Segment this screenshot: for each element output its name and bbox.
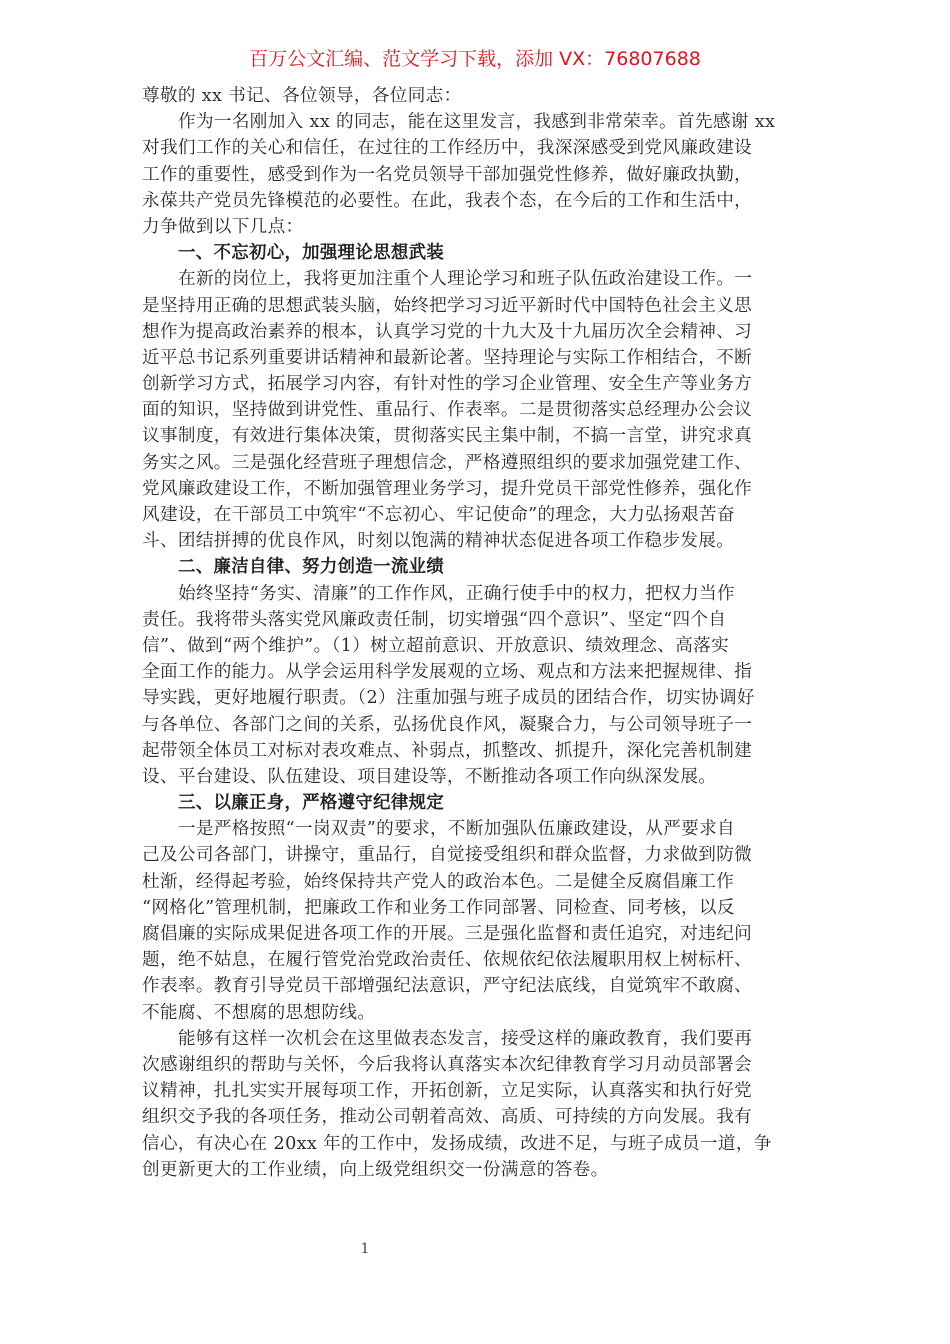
text-line: 创更新更大的工作业绩，向上级党组织交一份满意的答卷。 (142, 1157, 810, 1183)
header-banner: 百万公文汇编、范文学习下载，添加 VX：76807688 (0, 44, 950, 71)
text-line: 风建设，在干部员工中筑牢“不忘初心、牢记使命”的理念，大力弘扬艰苦奋 (142, 502, 810, 528)
text-line: 导实践，更好地履行职责。（2）注重加强与班子成员的团结合作，切实协调好 (142, 685, 810, 711)
section-2: 二、廉洁自律、努力创造一流业绩 始终坚持“务实、清廉”的工作作风，正确行使手中的… (142, 554, 810, 790)
section-heading: 二、廉洁自律、努力创造一流业绩 (142, 554, 810, 580)
text-line: 己及公司各部门，讲操守，重品行，自觉接受组织和群众监督，力求做到防微 (142, 842, 810, 868)
intro-paragraph: 作为一名刚加入 xx 的同志，能在这里发言，我感到非常荣幸。首先感谢 xx 对我… (142, 109, 810, 240)
closing-paragraph: 能够有这样一次机会在这里做表态发言，接受这样的廉政教育，我们要再 次感谢组织的帮… (142, 1026, 810, 1183)
text-line: 题，绝不姑息，在履行管党治党政治责任、依规依纪依法履职用权上树标杆、 (142, 947, 810, 973)
text-line: 斗、团结拼搏的优良作风，时刻以饱满的精神状态促进各项工作稳步发展。 (142, 528, 810, 554)
text-line: 在新的岗位上，我将更加注重个人理论学习和班子队伍政治建设工作。一 (142, 266, 810, 292)
text-line: 信”、做到“两个维护”。（1）树立超前意识、开放意识、绩效理念、高落实 (142, 633, 810, 659)
text-line: 作表率。教育引导党员干部增强纪法意识，严守纪法底线，自觉筑牢不敢腐、 (142, 973, 810, 999)
text-line: 议精神，扎扎实实开展每项工作，开拓创新，立足实际，认真落实和执行好党 (142, 1078, 810, 1104)
text-line: 议事制度，有效进行集体决策，贯彻落实民主集中制，不搞一言堂，讲究求真 (142, 423, 810, 449)
text-line: 次感谢组织的帮助与关怀，今后我将认真落实本次纪律教育学习月动员部署会 (142, 1052, 810, 1078)
text-line: 想作为提高政治素养的根本，认真学习党的十九大及十九届历次全会精神、习 (142, 319, 810, 345)
text-line: 力争做到以下几点： (142, 214, 810, 240)
text-line: 起带领全体员工对标对表攻难点、补弱点，抓整改、抓提升，深化完善机制建 (142, 738, 810, 764)
text-line: 信心，有决心在 20xx 年的工作中，发扬成绩，改进不足，与班子成员一道，争 (142, 1131, 810, 1157)
text-line: 工作的重要性，感受到作为一名党员领导干部加强党性修养，做好廉政执勤， (142, 162, 810, 188)
text-line: 务实之风。三是强化经营班子理想信念，严格遵照组织的要求加强党建工作、 (142, 450, 810, 476)
text-line: 全面工作的能力。从学会运用科学发展观的立场、观点和方法来把握规律、指 (142, 659, 810, 685)
section-heading: 一、不忘初心，加强理论思想武装 (142, 240, 810, 266)
section-1: 一、不忘初心，加强理论思想武装 在新的岗位上，我将更加注重个人理论学习和班子队伍… (142, 240, 810, 554)
text-line: 面的知识，坚持做到讲党性、重品行、作表率。二是贯彻落实总经理办公会议 (142, 397, 810, 423)
section-3: 三、以廉正身，严格遵守纪律规定 一是严格按照“一岗双责”的要求，不断加强队伍廉政… (142, 790, 810, 1026)
text-line: 责任。我将带头落实党风廉政责任制，切实增强“四个意识”、坚定“四个自 (142, 607, 810, 633)
text-line: 与各单位、各部门之间的关系，弘扬优良作风，凝聚合力，与公司领导班子一 (142, 712, 810, 738)
salutation: 尊敬的 xx 书记、各位领导，各位同志： (142, 83, 810, 109)
text-line: 腐倡廉的实际成果促进各项工作的开展。三是强化监督和责任追究，对违纪问 (142, 921, 810, 947)
text-line: 组织交予我的各项任务，推动公司朝着高效、高质、可持续的方向发展。我有 (142, 1104, 810, 1130)
text-line: “网格化”管理机制，把廉政工作和业务工作同部署、同检查、同考核，以反 (142, 895, 810, 921)
text-line: 设、平台建设、队伍建设、项目建设等，不断推动各项工作向纵深发展。 (142, 764, 810, 790)
document-body: 尊敬的 xx 书记、各位领导，各位同志： 作为一名刚加入 xx 的同志，能在这里… (142, 83, 810, 1183)
text-line: 始终坚持“务实、清廉”的工作作风，正确行使手中的权力，把权力当作 (142, 581, 810, 607)
page-number: 1 (0, 1241, 730, 1257)
text-line: 近平总书记系列重要讲话精神和最新论著。坚持理论与实际工作相结合，不断 (142, 345, 810, 371)
text-line: 一是严格按照“一岗双责”的要求，不断加强队伍廉政建设，从严要求自 (142, 816, 810, 842)
text-line: 不能腐、不想腐的思想防线。 (142, 1000, 810, 1026)
text-line: 作为一名刚加入 xx 的同志，能在这里发言，我感到非常荣幸。首先感谢 xx (142, 109, 810, 135)
text-line: 杜渐，经得起考验，始终保持共产党人的政治本色。二是健全反腐倡廉工作 (142, 869, 810, 895)
text-line: 对我们工作的关心和信任，在过往的工作经历中，我深深感受到党风廉政建设 (142, 135, 810, 161)
text-line: 是坚持用正确的思想武装头脑，始终把学习习近平新时代中国特色社会主义思 (142, 293, 810, 319)
text-line: 永葆共产党员先锋模范的必要性。在此，我表个态，在今后的工作和生活中， (142, 188, 810, 214)
text-line: 创新学习方式，拓展学习内容，有针对性的学习企业管理、安全生产等业务方 (142, 371, 810, 397)
text-line: 能够有这样一次机会在这里做表态发言，接受这样的廉政教育，我们要再 (142, 1026, 810, 1052)
text-line: 党风廉政建设工作，不断加强管理业务学习，提升党员干部党性修养，强化作 (142, 476, 810, 502)
section-heading: 三、以廉正身，严格遵守纪律规定 (142, 790, 810, 816)
